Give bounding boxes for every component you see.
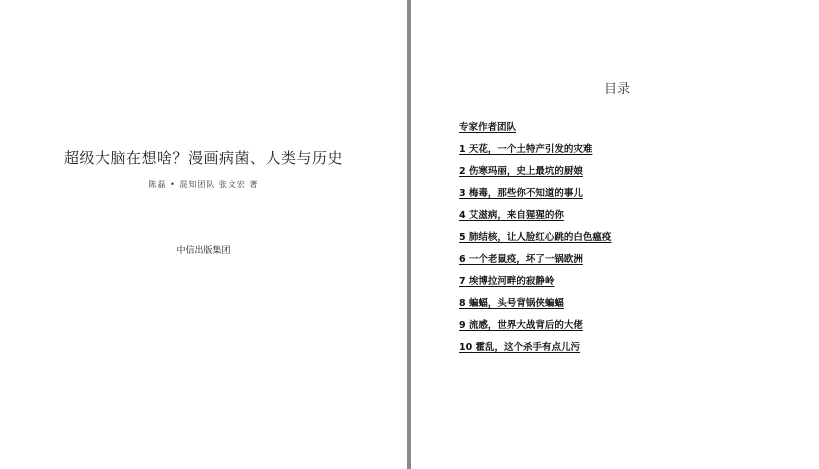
toc-item-5[interactable]: 5 肺结核，让人脸红心跳的白色瘟疫 (459, 231, 611, 253)
toc-item-expert-team[interactable]: 专家作者团队 (459, 121, 611, 143)
left-page (0, 0, 407, 469)
book-title: 超级大脑在想啥？漫画病菌、人类与历史 (0, 147, 407, 168)
toc-item-8[interactable]: 8 蝙蝠，头号背锅侠蝙蝠 (459, 297, 611, 319)
toc-item-2[interactable]: 2 伤寒玛丽，史上最坑的厨娘 (459, 165, 611, 187)
toc-item-7[interactable]: 7 埃博拉河畔的寂静岭 (459, 275, 611, 297)
toc-link[interactable]: 3 梅毒，那些你不知道的事儿 (459, 188, 583, 199)
book-authors: 陈磊 • 混知团队 张文宏 著 (0, 179, 407, 190)
table-of-contents: 专家作者团队 1 天花，一个土特产引发的灾难 2 伤寒玛丽，史上最坑的厨娘 3 … (459, 121, 611, 363)
toc-link[interactable]: 8 蝙蝠，头号背锅侠蝙蝠 (459, 298, 564, 309)
toc-item-3[interactable]: 3 梅毒，那些你不知道的事儿 (459, 187, 611, 209)
toc-link[interactable]: 10 霍乱，这个杀手有点儿污 (459, 342, 580, 353)
book-publisher: 中信出版集团 (0, 243, 407, 256)
toc-link[interactable]: 7 埃博拉河畔的寂静岭 (459, 276, 554, 287)
toc-item-9[interactable]: 9 流感，世界大战背后的大佬 (459, 319, 611, 341)
toc-item-10[interactable]: 10 霍乱，这个杀手有点儿污 (459, 341, 611, 363)
toc-link[interactable]: 5 肺结核，让人脸红心跳的白色瘟疫 (459, 232, 611, 243)
toc-link[interactable]: 9 流感，世界大战背后的大佬 (459, 320, 583, 331)
toc-item-4[interactable]: 4 艾滋病，来自猩猩的你 (459, 209, 611, 231)
toc-link[interactable]: 6 一个老鼠疫，坏了一锅欧洲 (459, 254, 583, 265)
toc-item-6[interactable]: 6 一个老鼠疫，坏了一锅欧洲 (459, 253, 611, 275)
toc-item-1[interactable]: 1 天花，一个土特产引发的灾难 (459, 143, 611, 165)
toc-link[interactable]: 1 天花，一个土特产引发的灾难 (459, 144, 592, 155)
toc-title: 目录 (411, 78, 819, 97)
toc-link[interactable]: 4 艾滋病，来自猩猩的你 (459, 210, 564, 221)
toc-link[interactable]: 2 伤寒玛丽，史上最坑的厨娘 (459, 166, 583, 177)
toc-title-text: 目录 (604, 82, 630, 97)
toc-link[interactable]: 专家作者团队 (459, 122, 516, 133)
